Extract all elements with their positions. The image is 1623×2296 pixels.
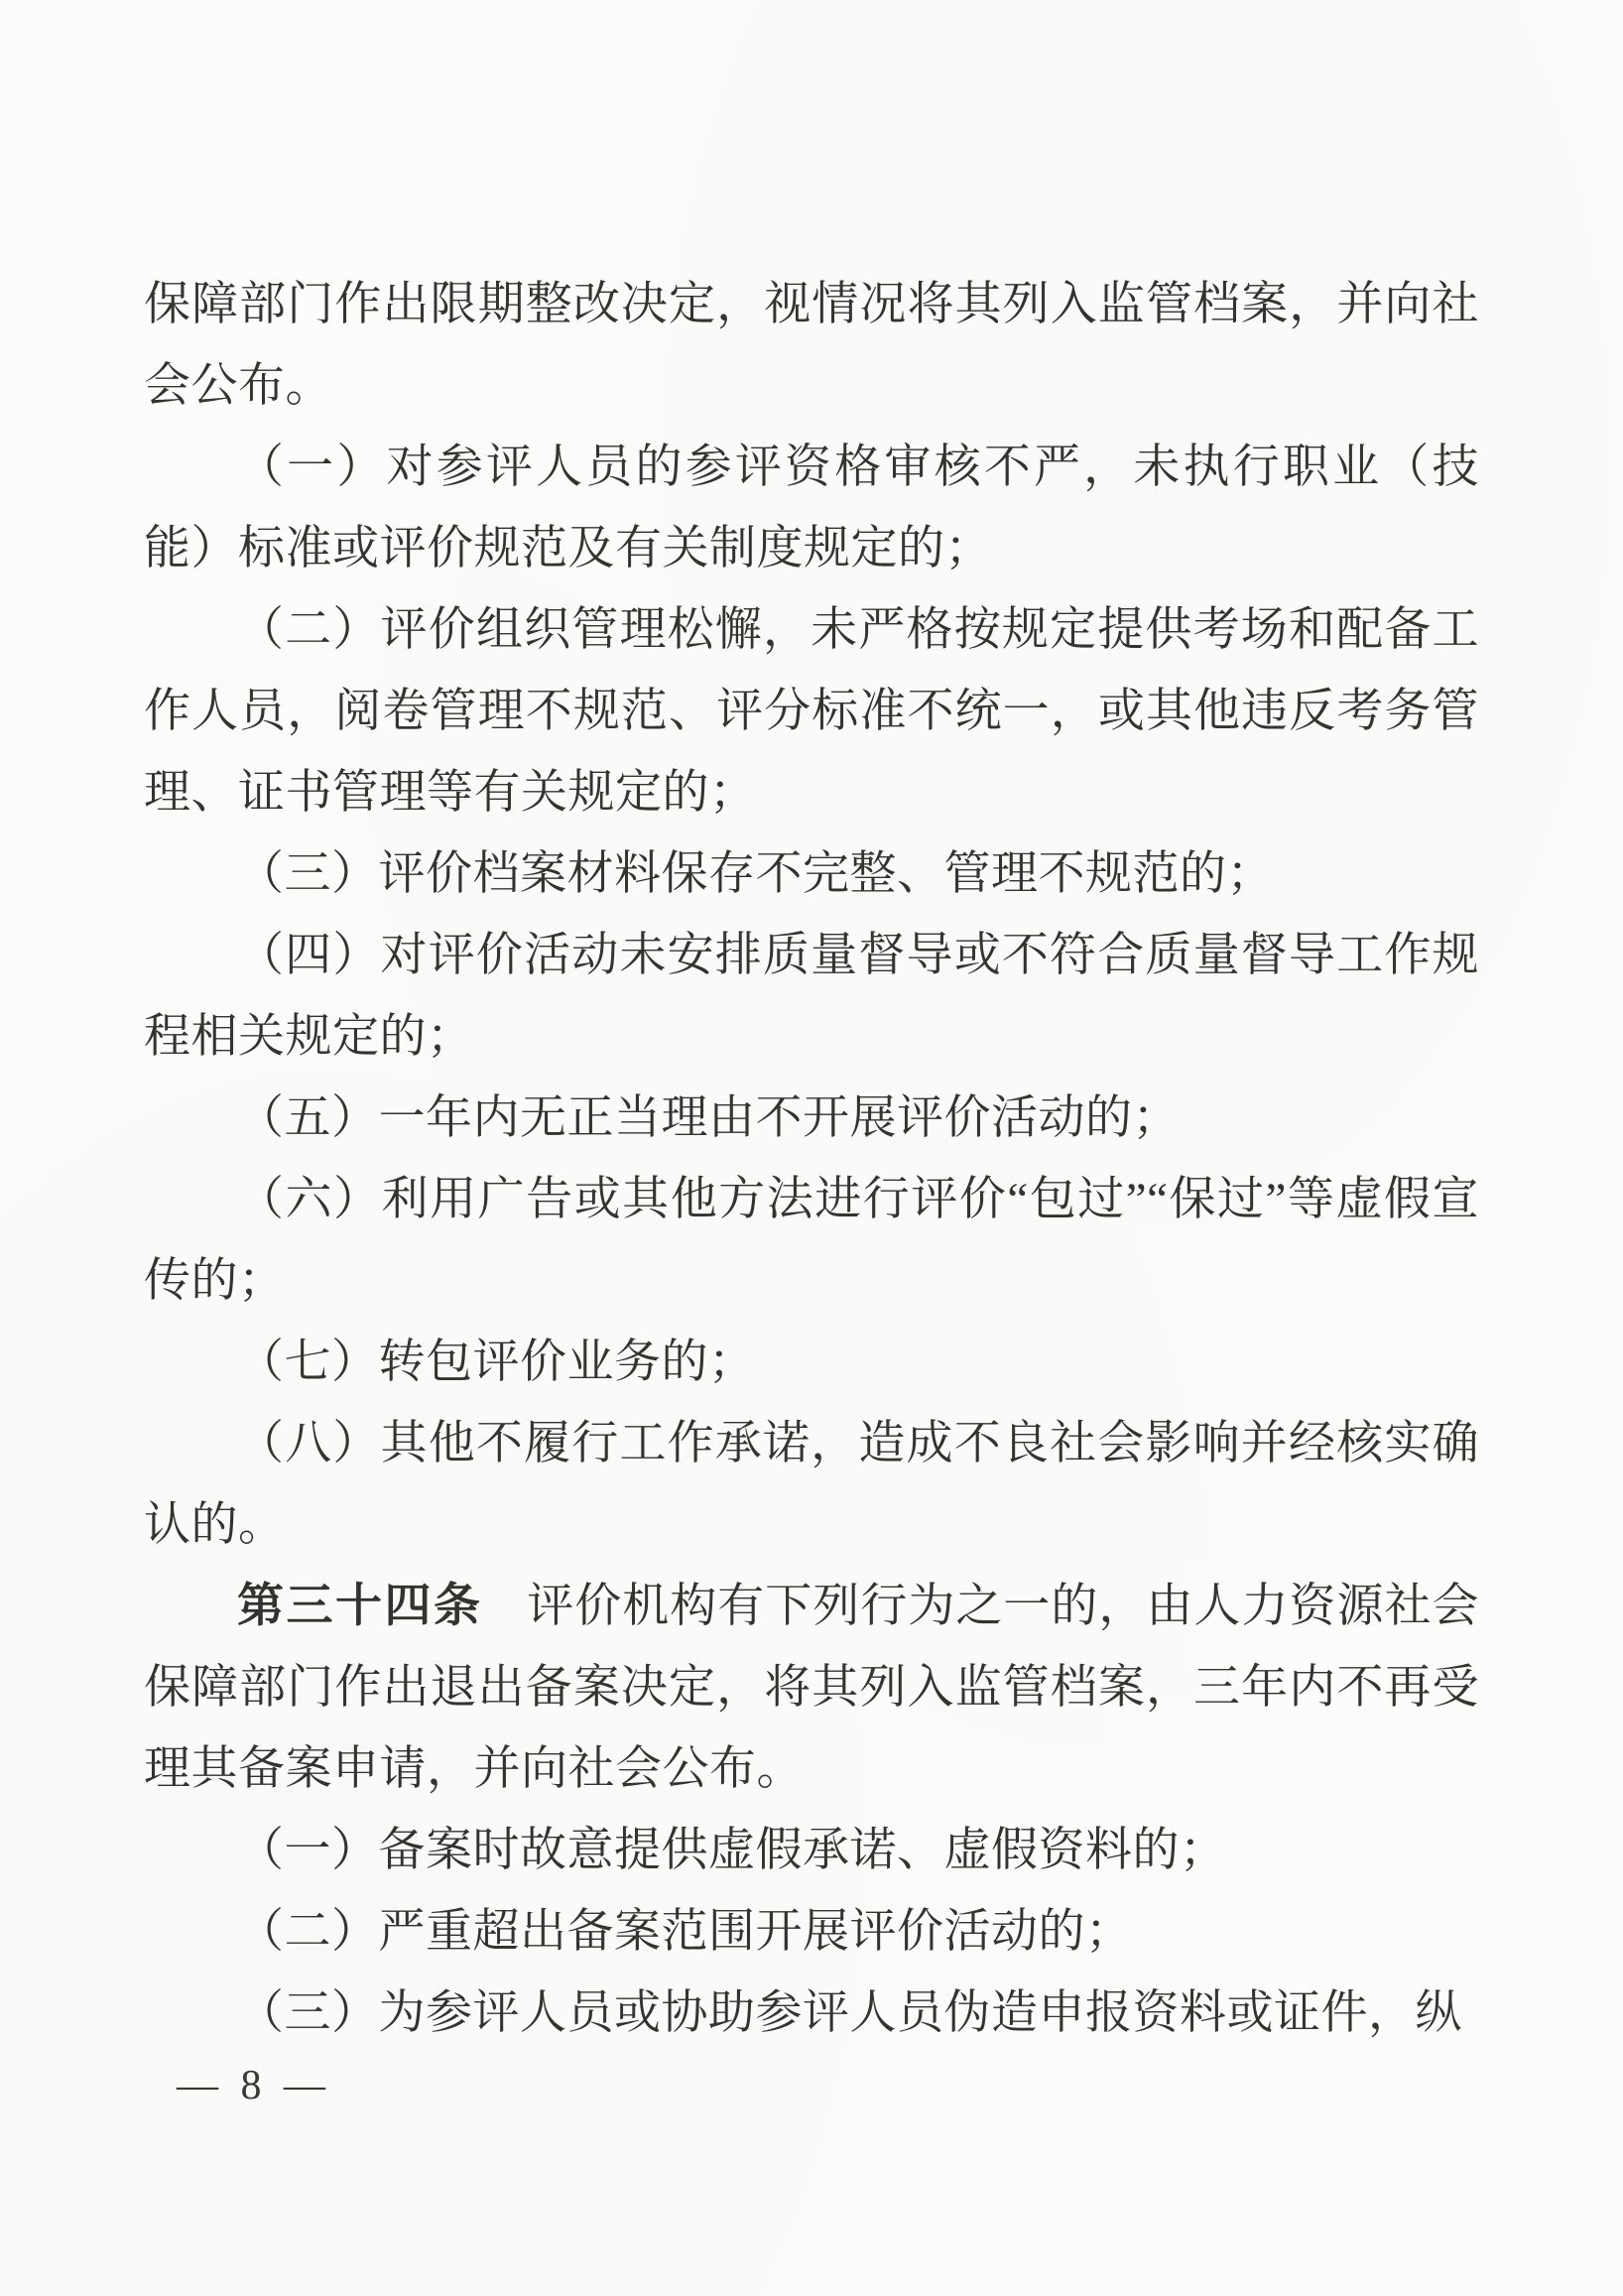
article-34-paragraph: 第三十四条评价机构有下列行为之一的，由人力资源社会保障部门作出退出备案决定，将其…	[144, 1566, 1479, 1810]
document-body: 保障部门作出限期整改决定，视情况将其列入监管档案，并向社会公布。 （一）对参评人…	[144, 264, 1479, 2054]
clause-item-9: （一）备案时故意提供虚假承诺、虚假资料的；	[144, 1810, 1479, 1891]
clause-item-3: （三）评价档案材料保存不完整、管理不规范的；	[144, 833, 1479, 915]
document-page: 保障部门作出限期整改决定，视情况将其列入监管档案，并向社会公布。 （一）对参评人…	[0, 0, 1623, 2296]
clause-item-6: （六）利用广告或其他方法进行评价“包过”“保过”等虚假宣传的；	[144, 1159, 1479, 1322]
clause-item-2: （二）评价组织管理松懈，未严格按规定提供考场和配备工作人员，阅卷管理不规范、评分…	[144, 589, 1479, 833]
clause-item-5: （五）一年内无正当理由不开展评价活动的；	[144, 1078, 1479, 1159]
paragraph-continuation: 保障部门作出限期整改决定，视情况将其列入监管档案，并向社会公布。	[144, 264, 1479, 427]
clause-item-4: （四）对评价活动未安排质量督导或不符合质量督导工作规程相关规定的；	[144, 915, 1479, 1078]
page-number: — 8 —	[177, 2056, 331, 2115]
clause-item-11: （三）为参评人员或协助参评人员伪造申报资料或证件，纵	[144, 1973, 1479, 2054]
article-number: 第三十四条	[237, 1581, 483, 1632]
clause-item-10: （二）严重超出备案范围开展评价活动的；	[144, 1891, 1479, 1973]
clause-item-1: （一）对参评人员的参评资格审核不严，未执行职业（技能）标准或评价规范及有关制度规…	[144, 427, 1479, 589]
clause-item-7: （七）转包评价业务的；	[144, 1322, 1479, 1403]
clause-item-8: （八）其他不履行工作承诺，造成不良社会影响并经核实确认的。	[144, 1403, 1479, 1566]
